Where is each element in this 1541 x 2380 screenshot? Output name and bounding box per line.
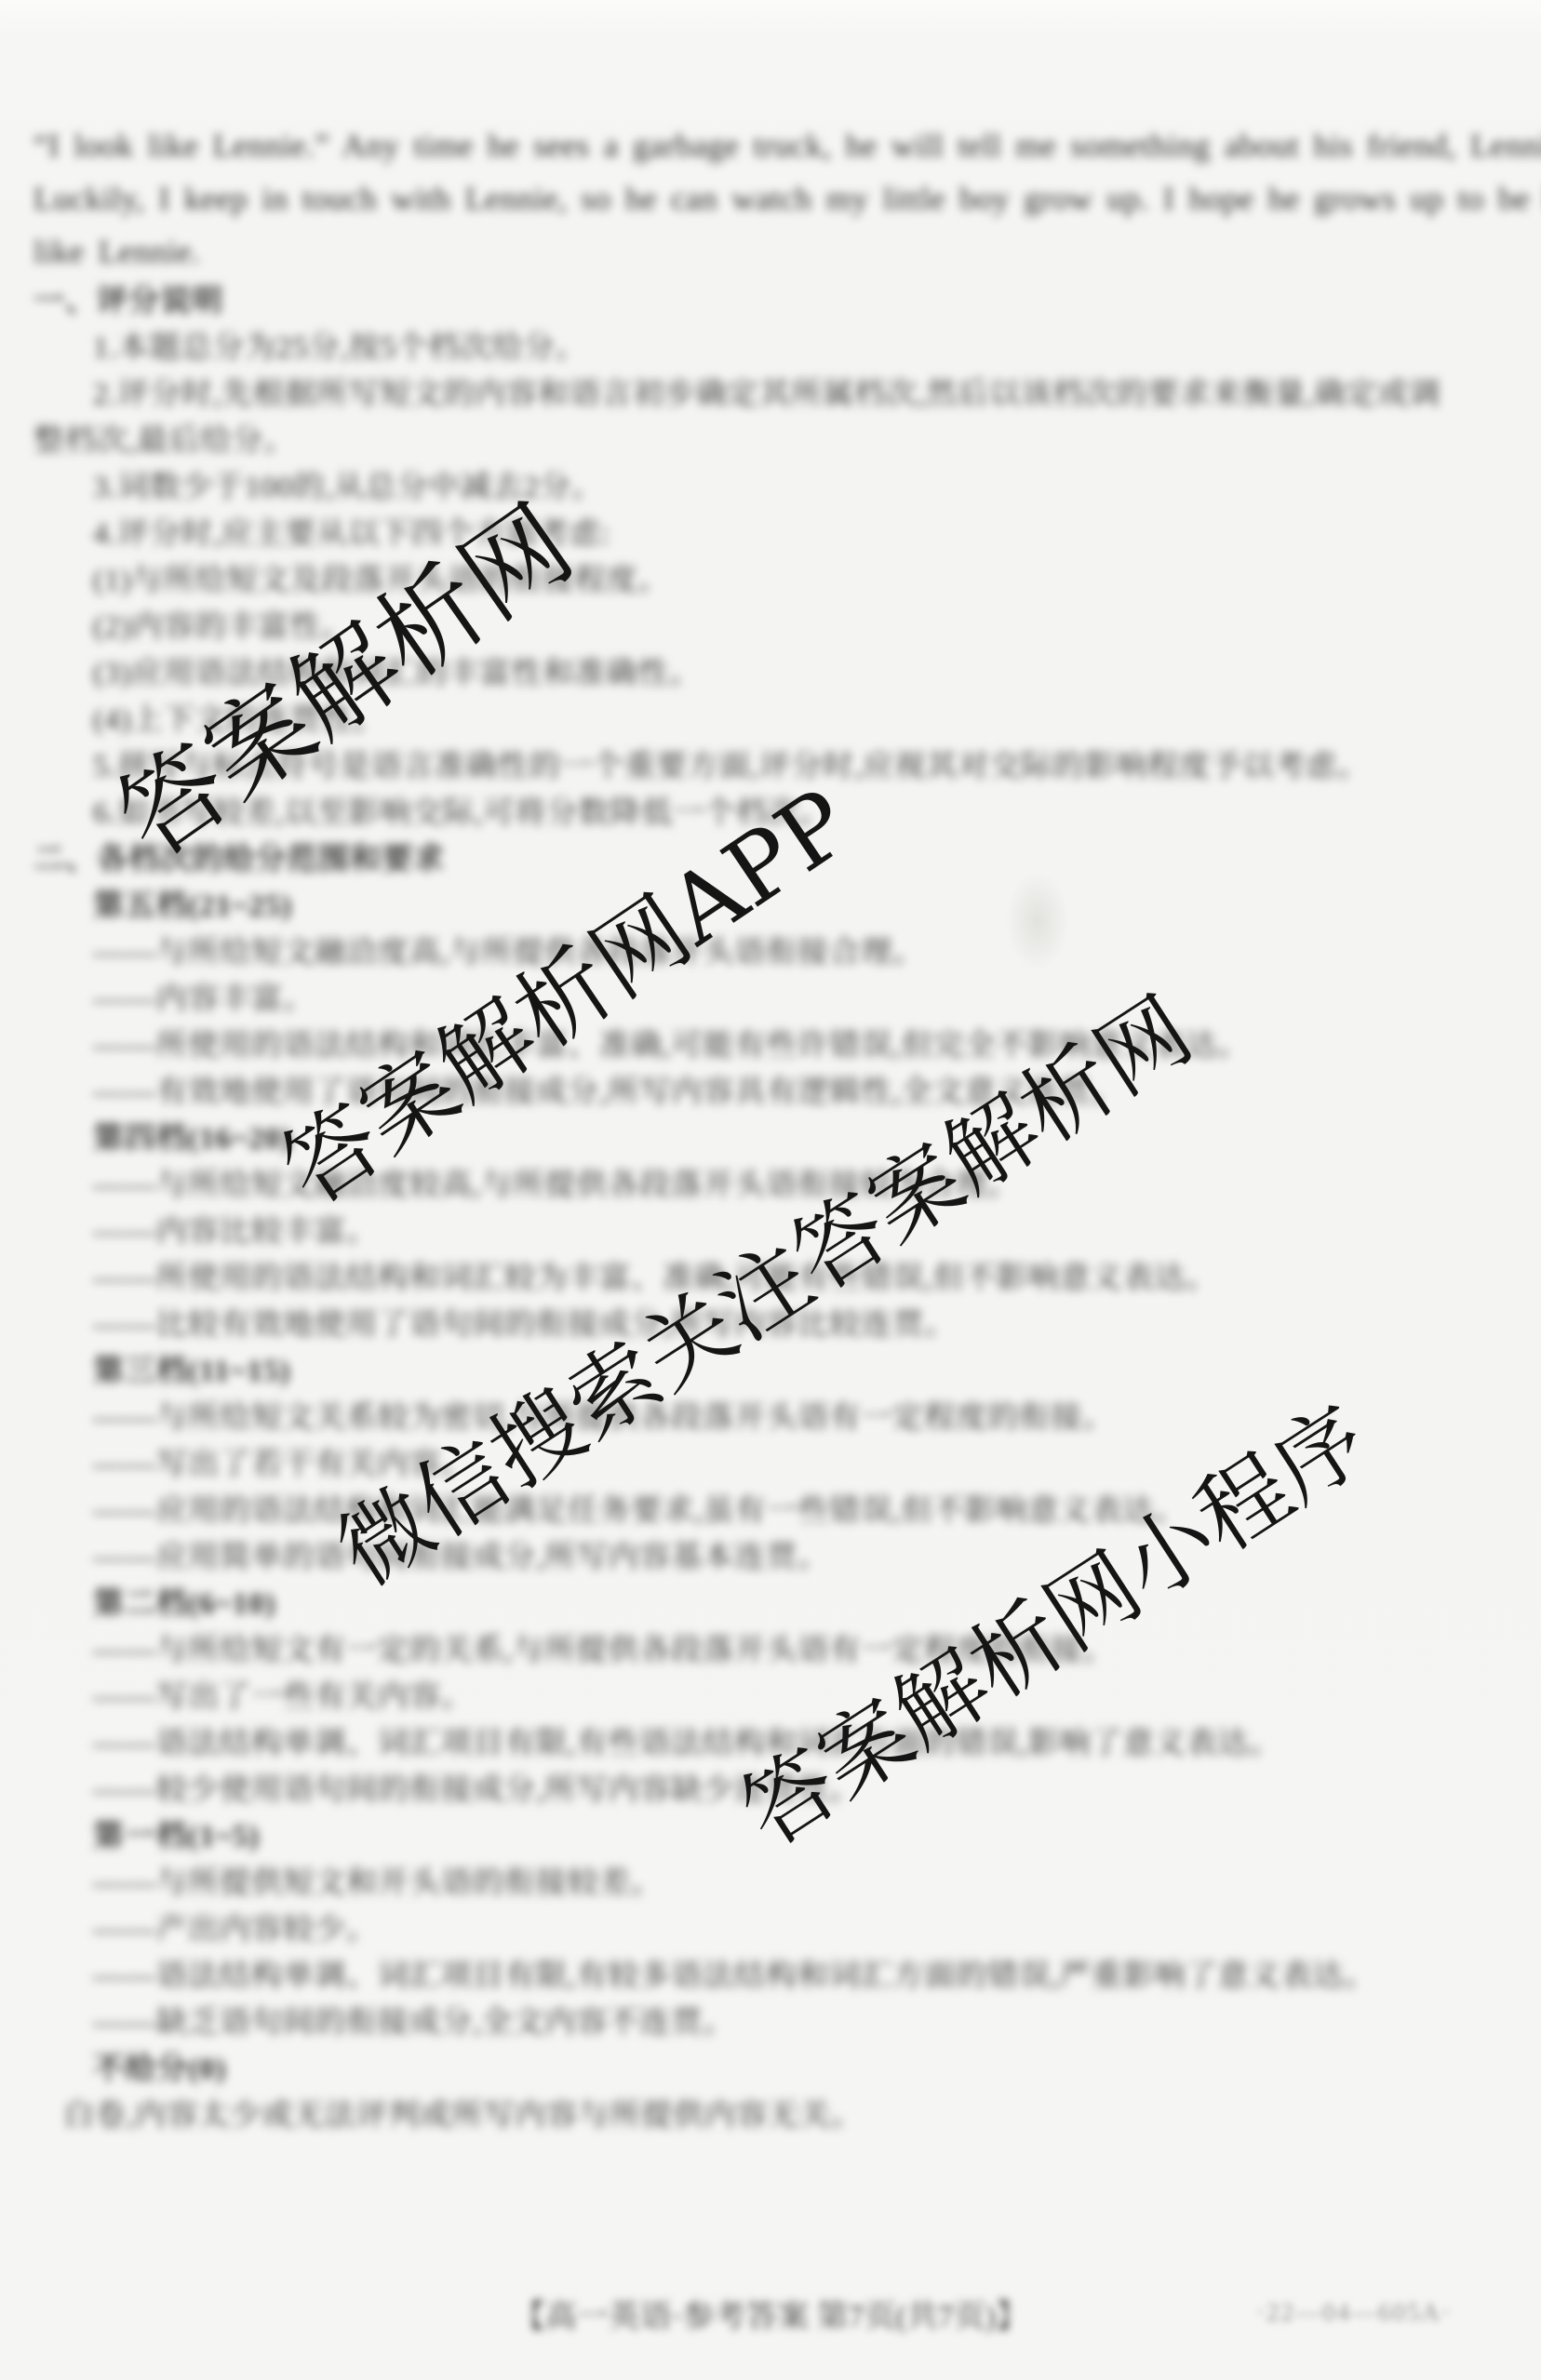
doc-line: 3.词数少于100的,从总分中减去2分。 bbox=[33, 464, 1507, 511]
doc-line: ——缺乏语句间的衔接成分,全文内容不连贯。 bbox=[33, 1999, 1507, 2046]
scanned-answer-sheet-page: “I look like Lennie.” Any time he sees a… bbox=[0, 0, 1541, 2380]
footer-paper-code: ·22—04—605A· bbox=[1256, 2298, 1498, 2327]
doc-line: ——产出内容较少。 bbox=[33, 1906, 1507, 1953]
doc-line: ——所使用的语法结构和词汇丰富、准确,可能有些许错误,但完全不影响意义表达。 bbox=[33, 1023, 1507, 1069]
doc-line: ——写出了一些有关内容。 bbox=[33, 1674, 1507, 1720]
doc-line: Luckily, I keep in touch with Lennie, so… bbox=[33, 172, 1507, 225]
doc-line: ——与所提供短文和开头语的衔接较差。 bbox=[33, 1860, 1507, 1906]
doc-line: “I look like Lennie.” Any time he sees a… bbox=[33, 119, 1507, 172]
doc-line: ——与所给短文有一定的关系,与所提供各段落开头语有一定程度的衔接。 bbox=[33, 1627, 1507, 1674]
doc-line: 白卷,内容太少或无法评判或所写内容与所提供内容无关。 bbox=[33, 2093, 1507, 2139]
doc-line: ——与所给短文融洽度较高,与所提供各段落开头语衔接较为合理。 bbox=[33, 1162, 1507, 1209]
doc-line: ——应用简单的语句间衔接成分,所写内容基本连贯。 bbox=[33, 1534, 1507, 1581]
doc-line: 第四档(16~20) bbox=[33, 1116, 1507, 1162]
doc-line: 第二档(6~10) bbox=[33, 1581, 1507, 1627]
doc-line: 不给分(0) bbox=[33, 2046, 1507, 2093]
scan-crease-artifact bbox=[1005, 870, 1070, 972]
doc-line: 4.评分时,应主要从以下四个方面考虑: bbox=[33, 511, 1507, 557]
doc-line: (2)内容的丰富性。 bbox=[33, 604, 1507, 650]
doc-line: 一、评分说明 bbox=[33, 278, 1507, 325]
doc-line: ——内容丰富。 bbox=[33, 976, 1507, 1023]
doc-line: 2.评分时,先根据所写短文的内容和语言初步确定其所属档次,然后以该档次的要求来衡… bbox=[33, 371, 1507, 418]
doc-line: 整档次,最后给分。 bbox=[33, 418, 1507, 464]
doc-line: ——与所给短文融洽度高,与所提供各段落开头语衔接合理。 bbox=[33, 929, 1507, 976]
doc-line: 1.本题总分为25分,按5个档次给分。 bbox=[33, 325, 1507, 371]
doc-line: like Lennie. bbox=[33, 225, 1507, 278]
doc-line: (1)与所给短文及段落开头语的衔接程度。 bbox=[33, 557, 1507, 604]
doc-line: ——有效地使用了语句间的衔接成分,所写内容具有逻辑性,全文意义连贯。 bbox=[33, 1069, 1507, 1116]
doc-line: ——语法结构单调、词汇项目有限,有较多语法结构和词汇方面的错误,严重影响了意义表… bbox=[33, 1953, 1507, 1999]
doc-line: 第三档(11~15) bbox=[33, 1348, 1507, 1395]
